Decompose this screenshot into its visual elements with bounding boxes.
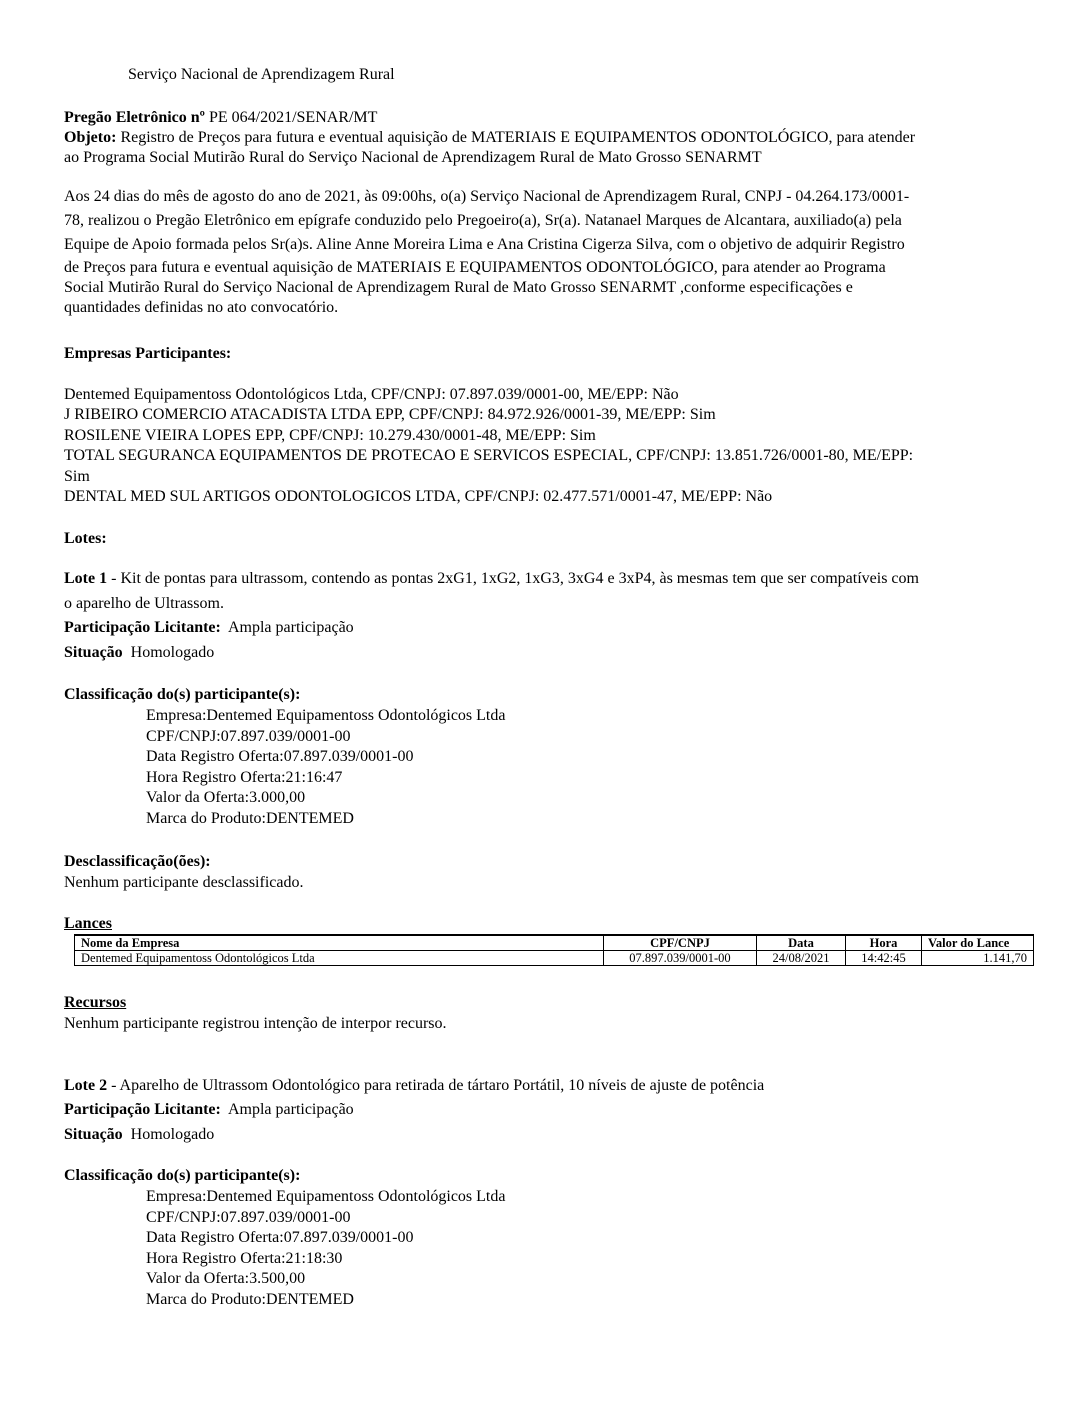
participacao-label: Participação Licitante: xyxy=(64,619,221,636)
intro-line-1: Aos 24 dias do mês de agosto do ano de 2… xyxy=(64,188,909,206)
intro-line-4: de Preços para futura e eventual aquisiç… xyxy=(64,259,886,277)
participant-line: Sim xyxy=(64,468,90,486)
pregao-number: PE 064/2021/SENAR/MT xyxy=(209,109,377,126)
lote2-desc-line-1: Lote 2 - Aparelho de Ultrassom Odontológ… xyxy=(64,1077,764,1095)
lote1-participacao: Participação Licitante: Ampla participaç… xyxy=(64,619,354,637)
intro-line-5: Social Mutirão Rural do Serviço Nacional… xyxy=(64,279,853,297)
lote1-situacao: Situação Homologado xyxy=(64,644,214,662)
intro-line-2: 78, realizou o Pregão Eletrônico em epíg… xyxy=(64,212,902,230)
participant-line: ROSILENE VIEIRA LOPES EPP, CPF/CNPJ: 10.… xyxy=(64,427,596,445)
cell-empresa: Dentemed Equipamentoss Odontológicos Ltd… xyxy=(75,951,604,966)
classificacao-marca: Marca do Produto:DENTEMED xyxy=(146,1290,354,1311)
participacao-value: Ampla participação xyxy=(221,1101,354,1118)
participacao-label: Participação Licitante: xyxy=(64,1101,221,1118)
situacao-value: Homologado xyxy=(123,1126,215,1143)
lote1-desc-line-2: o aparelho de Ultrassom. xyxy=(64,595,224,613)
lotes-heading: Lotes: xyxy=(64,530,107,548)
table-header-row: Nome da Empresa CPF/CNPJ Data Hora Valor… xyxy=(75,935,1034,951)
lances-table: Nome da Empresa CPF/CNPJ Data Hora Valor… xyxy=(74,934,1034,966)
cell-data: 24/08/2021 xyxy=(757,951,846,966)
objeto-line-2: ao Programa Social Mutirão Rural do Serv… xyxy=(64,149,762,167)
participant-line: TOTAL SEGURANCA EQUIPAMENTOS DE PROTECAO… xyxy=(64,447,913,465)
situacao-label: Situação xyxy=(64,644,123,661)
col-header-empresa: Nome da Empresa xyxy=(75,935,604,951)
col-header-cnpj: CPF/CNPJ xyxy=(604,935,757,951)
table-row: Dentemed Equipamentoss Odontológicos Ltd… xyxy=(75,951,1034,966)
classificacao-marca: Marca do Produto:DENTEMED xyxy=(146,809,354,830)
objeto-label: Objeto: xyxy=(64,129,116,146)
lote2-desc: - Aparelho de Ultrassom Odontológico par… xyxy=(107,1077,764,1094)
col-header-valor: Valor do Lance xyxy=(922,935,1034,951)
classificacao-cnpj: CPF/CNPJ:07.897.039/0001-00 xyxy=(146,727,350,748)
org-title: Serviço Nacional de Aprendizagem Rural xyxy=(128,66,395,84)
participants-heading: Empresas Participantes: xyxy=(64,345,231,363)
lote1-desc-line-1: Lote 1 - Kit de pontas para ultrassom, c… xyxy=(64,570,919,588)
objeto-line-1: Objeto: Registro de Preços para futura e… xyxy=(64,129,915,147)
situacao-label: Situação xyxy=(64,1126,123,1143)
participant-line: DENTAL MED SUL ARTIGOS ODONTOLOGICOS LTD… xyxy=(64,488,772,506)
col-header-hora: Hora xyxy=(846,935,922,951)
pregao-line: Pregão Eletrônico nº PE 064/2021/SENAR/M… xyxy=(64,109,377,127)
lote2-participacao: Participação Licitante: Ampla participaç… xyxy=(64,1101,354,1119)
participant-line: Dentemed Equipamentoss Odontológicos Ltd… xyxy=(64,386,679,404)
cell-cnpj: 07.897.039/0001-00 xyxy=(604,951,757,966)
cell-valor: 1.141,70 xyxy=(922,951,1034,966)
recursos-heading: Recursos xyxy=(64,994,126,1012)
lote1-classificacao-heading: Classificação do(s) participante(s): xyxy=(64,686,300,704)
classificacao-empresa: Empresa:Dentemed Equipamentoss Odontológ… xyxy=(146,706,505,727)
classificacao-data: Data Registro Oferta:07.897.039/0001-00 xyxy=(146,747,414,768)
cell-hora: 14:42:45 xyxy=(846,951,922,966)
intro-line-6: quantidades definidas no ato convocatóri… xyxy=(64,299,338,317)
classificacao-empresa: Empresa:Dentemed Equipamentoss Odontológ… xyxy=(146,1187,505,1208)
lote2-title: Lote 2 xyxy=(64,1077,107,1094)
intro-line-3: Equipe de Apoio formada pelos Sr(a)s. Al… xyxy=(64,236,905,254)
lote1-title: Lote 1 xyxy=(64,570,107,587)
objeto-text-1: Registro de Preços para futura e eventua… xyxy=(120,129,915,146)
recursos-text: Nenhum participante registrou intenção d… xyxy=(64,1015,447,1033)
lote1-desc: - Kit de pontas para ultrassom, contendo… xyxy=(107,570,919,587)
classificacao-valor: Valor da Oferta:3.500,00 xyxy=(146,1269,305,1290)
classificacao-hora: Hora Registro Oferta:21:16:47 xyxy=(146,768,342,789)
classificacao-data: Data Registro Oferta:07.897.039/0001-00 xyxy=(146,1228,414,1249)
desclassificacao-heading: Desclassificação(ões): xyxy=(64,853,211,871)
classificacao-hora: Hora Registro Oferta:21:18:30 xyxy=(146,1249,342,1270)
col-header-data: Data xyxy=(757,935,846,951)
lote2-situacao: Situação Homologado xyxy=(64,1126,214,1144)
classificacao-valor: Valor da Oferta:3.000,00 xyxy=(146,788,305,809)
pregao-label: Pregão Eletrônico nº xyxy=(64,109,205,126)
classificacao-cnpj: CPF/CNPJ:07.897.039/0001-00 xyxy=(146,1208,350,1229)
participant-line: J RIBEIRO COMERCIO ATACADISTA LTDA EPP, … xyxy=(64,406,716,424)
lances-heading: Lances xyxy=(64,915,112,933)
lote2-classificacao-heading: Classificação do(s) participante(s): xyxy=(64,1167,300,1185)
participacao-value: Ampla participação xyxy=(221,619,354,636)
situacao-value: Homologado xyxy=(123,644,215,661)
desclassificacao-text: Nenhum participante desclassificado. xyxy=(64,874,303,892)
